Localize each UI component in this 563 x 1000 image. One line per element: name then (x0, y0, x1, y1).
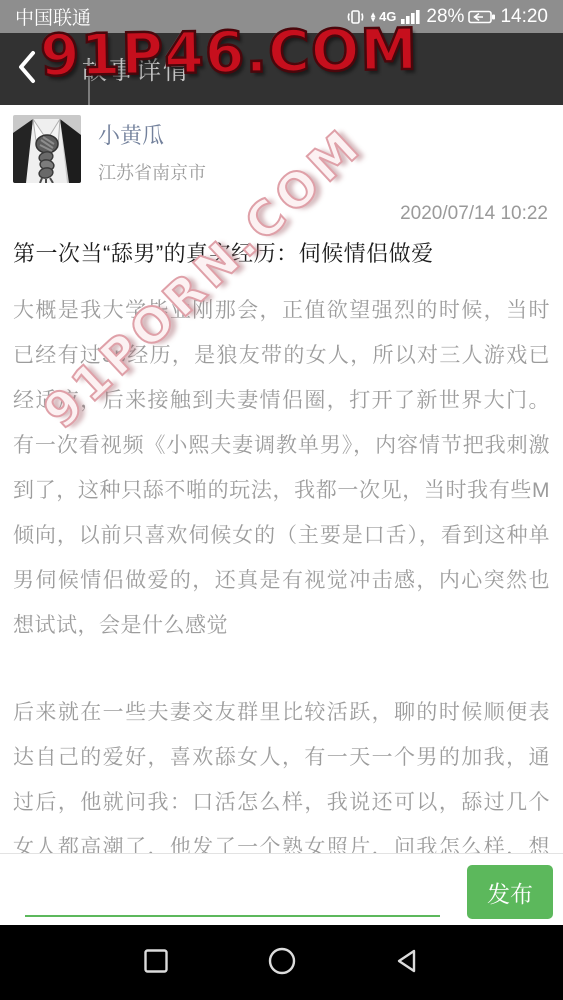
story-content: 小黄瓜 江苏省南京市 2020/07/14 10:22 第一次当“舔男”的真实经… (0, 105, 563, 853)
comment-bar: 发布 (0, 853, 563, 925)
carrier-label: 中国联通 (15, 3, 91, 30)
circle-icon (268, 947, 296, 978)
header-divider-line (88, 59, 90, 105)
home-button[interactable] (262, 943, 302, 983)
vibrate-icon (346, 8, 365, 26)
phone-screen: 中国联通 ▲▼ 4G 28% (0, 0, 563, 1000)
recents-button[interactable] (136, 943, 176, 983)
author-location: 江苏省南京市 (98, 159, 206, 185)
post-paragraph: 后来就在一些夫妻交友群里比较活跃，聊的时候顺便表达自己的爱好，喜欢舔女人，有一天… (13, 690, 550, 853)
android-nav-bar (0, 925, 563, 1000)
chevron-left-icon (16, 49, 38, 90)
signal-icon (401, 8, 422, 25)
network-type-label: 4G (379, 9, 396, 24)
author-name[interactable]: 小黄瓜 (98, 119, 206, 150)
triangle-left-icon (395, 947, 421, 978)
app-header: 故事详情 (0, 33, 563, 105)
status-icons: ▲▼ 4G 28% 14:20 (346, 6, 548, 28)
back-button[interactable] (16, 49, 38, 90)
comment-input[interactable] (25, 875, 440, 917)
battery-icon (468, 9, 496, 25)
author-info: 小黄瓜 江苏省南京市 (98, 115, 206, 185)
post-timestamp: 2020/07/14 10:22 (13, 203, 550, 225)
page-title: 故事详情 (82, 51, 190, 87)
data-arrows-icon: ▲▼ (369, 12, 377, 22)
back-nav-button[interactable] (388, 943, 428, 983)
publish-button[interactable]: 发布 (467, 865, 553, 919)
post-paragraph: 大概是我大学毕业刚那会，正值欲望强烈的时候，当时已经有过3p经历，是狼友带的女人… (13, 288, 550, 648)
author-row: 小黄瓜 江苏省南京市 (13, 115, 550, 185)
post-title: 第一次当“舔男”的真实经历：伺候情侣做爱 (13, 237, 550, 268)
clock-label: 14:20 (500, 6, 548, 28)
avatar[interactable] (13, 115, 81, 183)
post-body: 大概是我大学毕业刚那会，正值欲望强烈的时候，当时已经有过3p经历，是狼友带的女人… (13, 288, 550, 853)
square-icon (143, 948, 169, 977)
status-bar: 中国联通 ▲▼ 4G 28% (0, 0, 563, 33)
battery-percent-label: 28% (426, 6, 464, 28)
